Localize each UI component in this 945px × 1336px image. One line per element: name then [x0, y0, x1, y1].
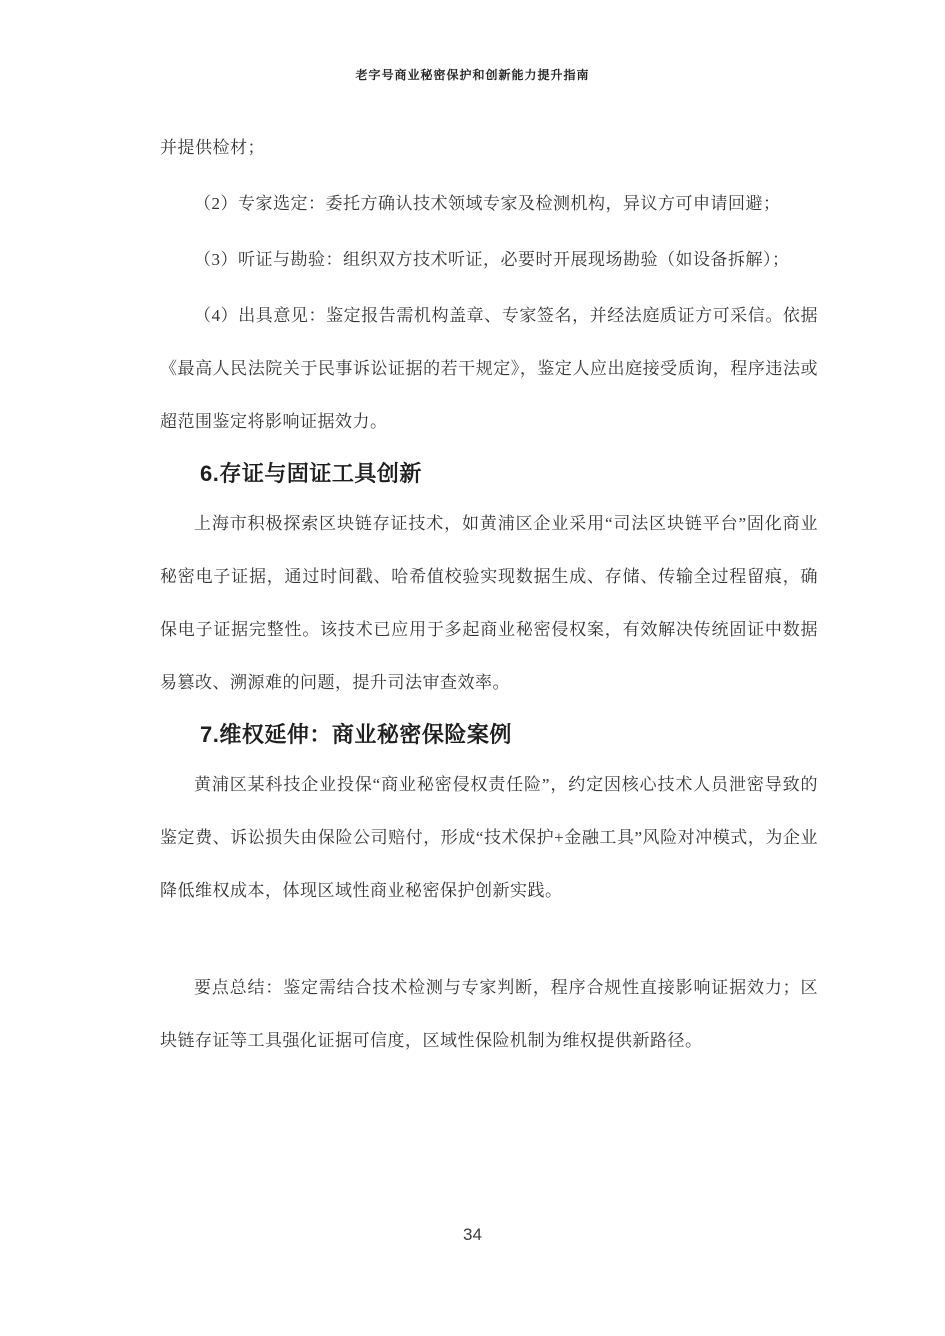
paragraph-summary: 要点总结：鉴定需结合技术检测与专家判断，程序合规性直接影响证据效力；区块链存证等…: [160, 961, 818, 1067]
page-header: 老字号商业秘密保护和创新能力提升指南: [0, 66, 945, 83]
paragraph-section-6: 上海市积极探索区块链存证技术，如黄浦区企业采用“司法区块链平台”固化商业秘密电子…: [160, 497, 818, 709]
paragraph-step-3: （3）听证与勘验：组织双方技术听证，必要时开展现场勘验（如设备拆解）；: [160, 233, 818, 286]
document-title: 老字号商业秘密保护和创新能力提升指南: [355, 68, 589, 82]
section-heading-7: 7.维权延伸：商业秘密保险案例: [160, 712, 818, 758]
page-number: 34: [463, 1225, 482, 1244]
page-footer: 34: [0, 1222, 945, 1248]
page-body: 并提供检材； （2）专家选定：委托方确认技术领域专家及检测机构，异议方可申请回避…: [160, 121, 818, 1070]
paragraph-section-7: 黄浦区某科技企业投保“商业秘密侵权责任险”，约定因核心技术人员泄密导致的鉴定费、…: [160, 758, 818, 917]
paragraph-step-2: （2）专家选定：委托方确认技术领域专家及检测机构，异议方可申请回避；: [160, 177, 818, 230]
paragraph-continuation: 并提供检材；: [160, 121, 818, 174]
document-page: 老字号商业秘密保护和创新能力提升指南 并提供检材； （2）专家选定：委托方确认技…: [0, 0, 945, 1336]
paragraph-step-4: （4）出具意见：鉴定报告需机构盖章、专家签名，并经法庭质证方可采信。依据《最高人…: [160, 289, 818, 448]
section-heading-6: 6.存证与固证工具创新: [160, 451, 818, 497]
